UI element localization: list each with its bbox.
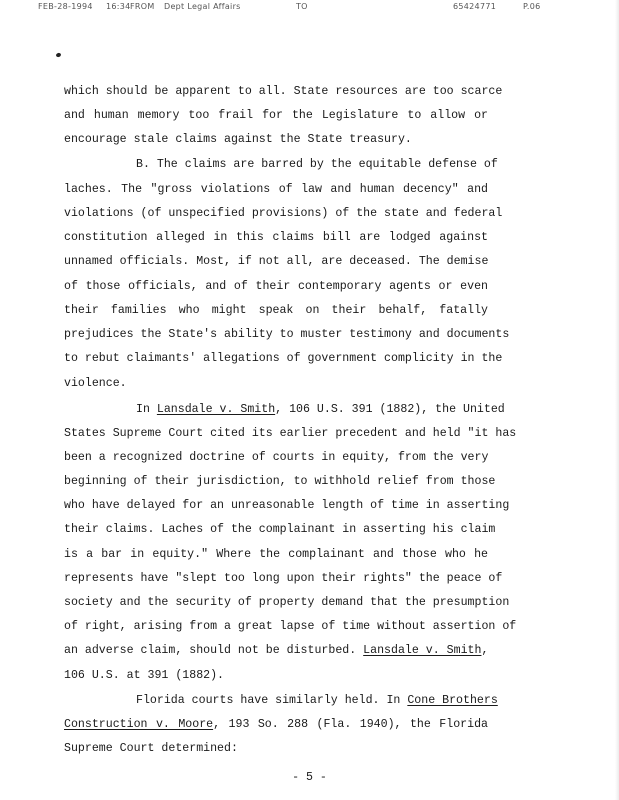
fax-page: P.06 <box>523 2 541 11</box>
scan-speck <box>55 52 61 57</box>
lansdale-intro-line: In Lansdale v. Smith, 106 U.S. 391 (1882… <box>136 400 488 420</box>
text-line: encourage stale claims against the State… <box>64 130 488 150</box>
fax-to-number: 65424771 <box>453 2 496 11</box>
fax-from-label: FROM <box>130 2 155 11</box>
fax-to-label: TO <box>296 2 308 11</box>
fax-from: Dept Legal Affairs <box>164 2 241 11</box>
adverse-claim-line: an adverse claim, should not be disturbe… <box>64 641 488 661</box>
text-line: beginning of their jurisdiction, to with… <box>64 472 488 492</box>
fax-transmission-header: FEB-28-1994 16:34 FROM Dept Legal Affair… <box>0 2 619 16</box>
case-citation-cone-part1: Cone Brothers <box>407 694 497 707</box>
text-line: society and the security of property dem… <box>64 593 488 613</box>
text-line: represents have "slept too long upon the… <box>64 569 488 589</box>
text-line: constitution alleged in this claims bill… <box>64 228 488 248</box>
text-line: who have delayed for an unreasonable len… <box>64 496 488 516</box>
text-line: of right, arising from a great lapse of … <box>64 617 488 637</box>
text-line: Supreme Court determined: <box>64 739 488 759</box>
text-line: violations (of unspecified provisions) o… <box>64 204 488 224</box>
text-line: which should be apparent to all. State r… <box>64 82 488 102</box>
section-b-heading-line: B. The claims are barred by the equitabl… <box>136 155 488 175</box>
case-citation-lansdale: Lansdale v. Smith <box>157 403 275 416</box>
text-line: to rebut claimants' allegations of gover… <box>64 349 488 369</box>
fax-time: 16:34 <box>106 2 131 11</box>
case-citation-cone-part2: Construction v. Moore <box>64 718 213 731</box>
case-citation-lansdale: Lansdale v. Smith <box>363 644 481 657</box>
scan-edge-shadow <box>615 0 619 800</box>
cone-citation-line: Construction v. Moore, 193 So. 288 (Fla.… <box>64 715 488 735</box>
text-line: their families who might speak on their … <box>64 301 488 321</box>
text-line: and human memory too frail for the Legis… <box>64 106 488 126</box>
fax-date: FEB-28-1994 <box>38 2 93 11</box>
text-line: their claims. Laches of the complainant … <box>64 520 488 540</box>
text-line: 106 U.S. at 391 (1882). <box>64 666 488 686</box>
text-line: is a bar in equity." Where the complaina… <box>64 545 488 565</box>
text-line: been a recognized doctrine of courts in … <box>64 448 488 468</box>
page-number: - 5 - <box>0 768 619 788</box>
text-line: States Supreme Court cited its earlier p… <box>64 424 488 444</box>
text-line: unnamed officials. Most, if not all, are… <box>64 252 488 272</box>
text-line: prejudices the State's ability to muster… <box>64 325 488 345</box>
text-line: laches. The "gross violations of law and… <box>64 180 488 200</box>
text-line: violence. <box>64 374 488 394</box>
florida-intro-line: Florida courts have similarly held. In C… <box>136 691 488 711</box>
text-line: of those officials, and of their contemp… <box>64 277 488 297</box>
